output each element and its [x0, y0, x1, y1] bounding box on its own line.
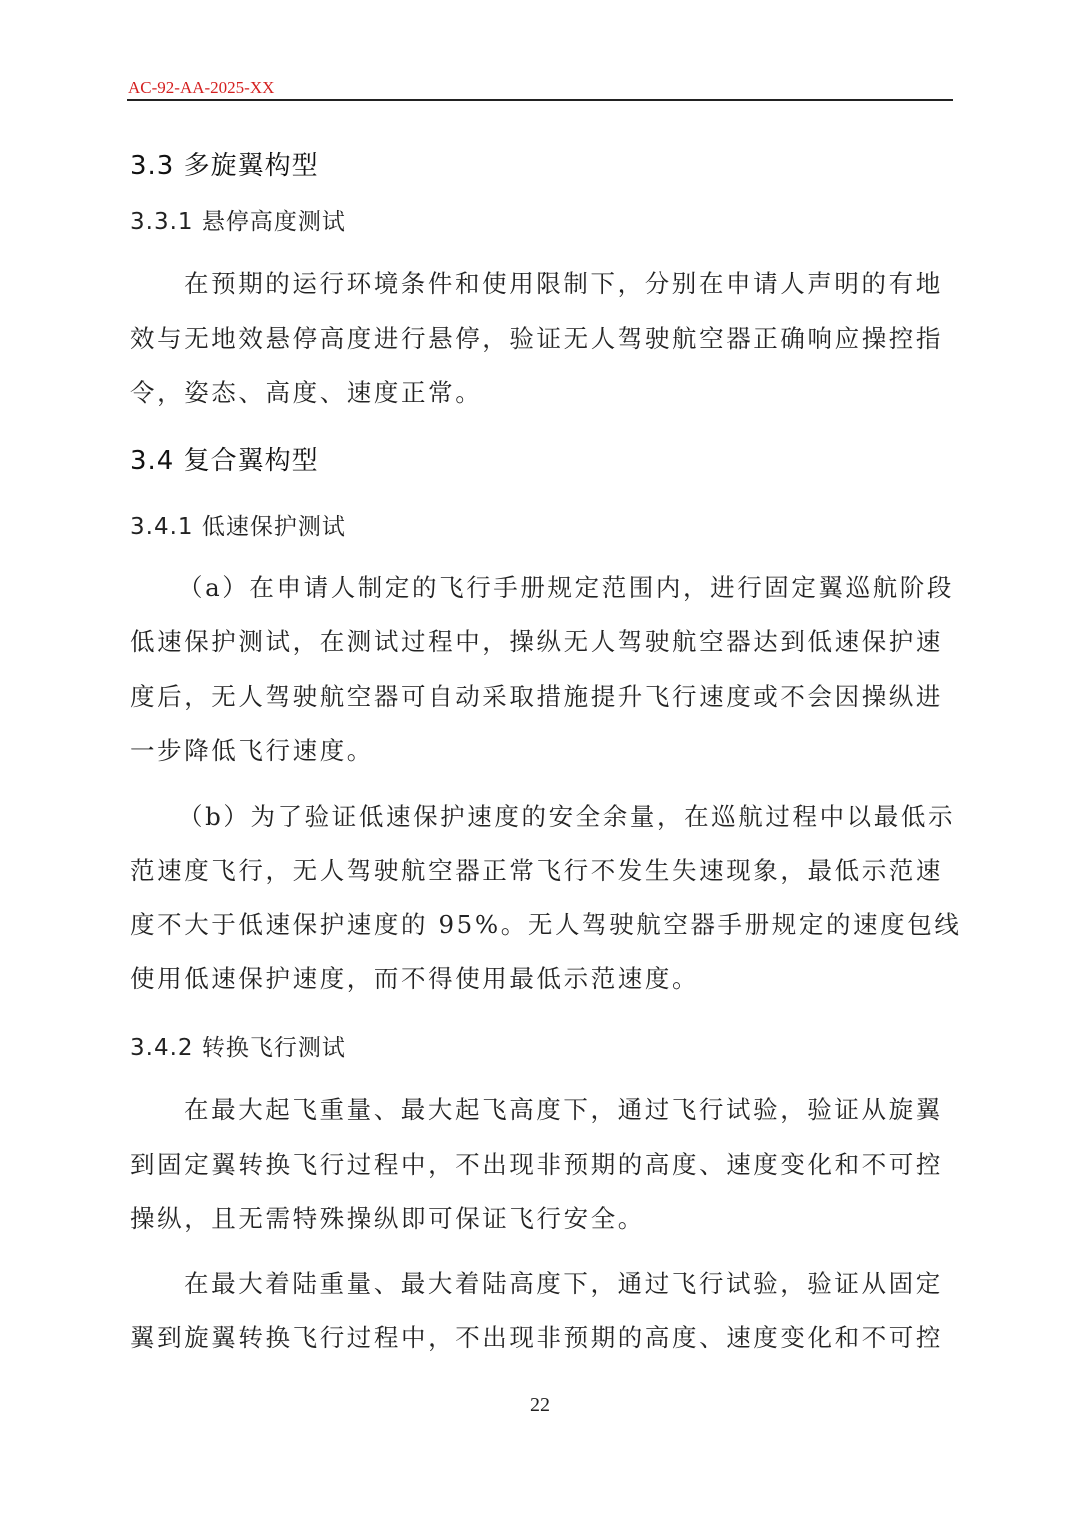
paragraph-line: 令，姿态、高度、速度正常。	[130, 365, 950, 420]
document-id-header: AC-92-AA-2025-XX	[128, 78, 274, 98]
subsection-heading-3-3-1: 3.3.1 悬停高度测试	[130, 203, 950, 236]
paragraph-line: （b）为了验证低速保护速度的安全余量，在巡航过程中以最低示	[130, 789, 998, 844]
paragraph-line: 效与无地效悬停高度进行悬停，验证无人驾驶航空器正确响应操控指	[130, 311, 950, 366]
paragraph-line: 在最大起飞重量、最大起飞高度下，通过飞行试验，验证从旋翼	[130, 1082, 1004, 1137]
paragraph-line: 在最大着陆重量、最大着陆高度下，通过飞行试验，验证从固定	[130, 1256, 1004, 1311]
paragraph-line: 低速保护测试，在测试过程中，操纵无人驾驶航空器达到低速保护速	[130, 614, 950, 669]
paragraph-line: 度不大于低速保护速度的 95%。无人驾驶航空器手册规定的速度包线	[130, 897, 950, 952]
paragraph-line: 使用低速保护速度，而不得使用最低示范速度。	[130, 951, 950, 1006]
subsection-heading-3-4-2: 3.4.2 转换飞行测试	[130, 1029, 950, 1062]
subsection-heading-3-4-1: 3.4.1 低速保护测试	[130, 508, 950, 541]
paragraph-line: （a）在申请人制定的飞行手册规定范围内，进行固定翼巡航阶段	[130, 560, 998, 615]
paragraph-line: 范速度飞行，无人驾驶航空器正常飞行不发生失速现象，最低示范速	[130, 843, 950, 898]
paragraph-line: 一步降低飞行速度。	[130, 723, 950, 778]
paragraph-line: 翼到旋翼转换飞行过程中，不出现非预期的高度、速度变化和不可控	[130, 1310, 950, 1365]
paragraph-line: 操纵，且无需特殊操纵即可保证飞行安全。	[130, 1191, 950, 1246]
page-number: 22	[0, 1394, 1080, 1417]
paragraph-line: 度后，无人驾驶航空器可自动采取措施提升飞行速度或不会因操纵进	[130, 669, 950, 724]
header-divider	[127, 99, 953, 101]
paragraph-line: 到固定翼转换飞行过程中，不出现非预期的高度、速度变化和不可控	[130, 1137, 950, 1192]
section-heading-3-4: 3.4 复合翼构型	[130, 440, 950, 477]
paragraph-line: 在预期的运行环境条件和使用限制下，分别在申请人声明的有地	[130, 256, 1004, 311]
section-heading-3-3: 3.3 多旋翼构型	[130, 145, 950, 182]
